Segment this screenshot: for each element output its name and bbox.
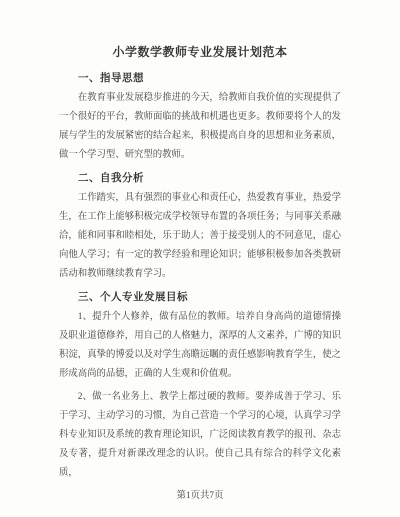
- document-page: 小学数学教师专业发展计划范本 一、指导思想 在教育事业发展稳步推进的今天，给教师…: [0, 0, 400, 517]
- section-self-analysis: 二、自我分析 工作踏实，具有强烈的事业心和责任心，热爱教育事业，热爱学生，在工作…: [59, 171, 341, 284]
- paragraph: 工作踏实，具有强烈的事业心和责任心，热爱教育事业，热爱学生，在工作上能够积极完成…: [59, 189, 341, 284]
- section-heading: 二、自我分析: [78, 171, 341, 186]
- section-heading: 一、指导思想: [78, 71, 341, 86]
- paragraph: 1、提升个人修养，做有品位的教师。培养自身高尚的道德情操及职业道德修养，用自己的…: [59, 308, 341, 384]
- page-number-footer: 第1页共7页: [59, 487, 341, 506]
- paragraph: 2、做一名业务上、教学上都过硬的教师。要养成善于学习、乐于学习、主动学习的习惯，…: [59, 388, 341, 483]
- paragraph: 在教育事业发展稳步推进的今天，给教师自我价值的实现提供了一个很好的平台，教师面临…: [59, 89, 341, 165]
- section-development-goals: 三、个人专业发展目标 1、提升个人修养，做有品位的教师。培养自身高尚的道德情操及…: [59, 290, 341, 483]
- section-heading: 三、个人专业发展目标: [78, 290, 341, 305]
- section-guiding-ideology: 一、指导思想 在教育事业发展稳步推进的今天，给教师自我价值的实现提供了一个很好的…: [59, 71, 341, 165]
- page-title: 小学数学教师专业发展计划范本: [59, 44, 341, 61]
